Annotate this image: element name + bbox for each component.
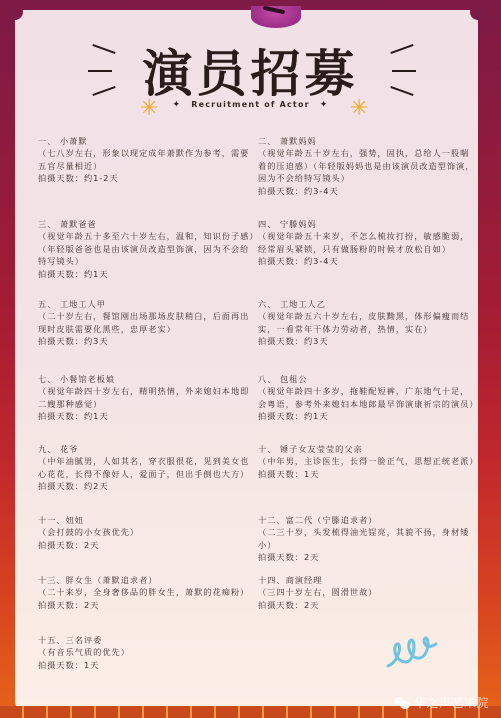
role-shoot-days: 拍摄天数：约3天	[258, 335, 478, 347]
role-shoot-days: 拍摄天数：2天	[38, 539, 258, 551]
role-description: （二十岁左右，餐馆刚出场那场皮肤稍白，后面再出现时皮肤需要化黑些，忠厚老实）	[38, 310, 258, 335]
role-description: （视觉年龄五十多至六十岁左右，温和，知识份子感）（年轻版爸爸也是由该演员改造型饰…	[38, 230, 258, 267]
role-description: （二三十岁，头发梳得油光锃亮，其貌不扬，身材矮小）	[258, 526, 478, 551]
role-description: （视觉年龄四十多岁，拖鞋配短裤，广东地气十足，会粤语，参考外来媳妇本地郎最早饰演…	[258, 385, 478, 410]
role-shoot-days: 拍摄天数：约1天	[38, 268, 258, 280]
role-name: 六、 工地工人乙	[258, 298, 478, 310]
role-item: 十、 锤子女友莹莹的父亲 （中年男，主诊医生，长得一脸正气，思想正统老派） 拍摄…	[258, 443, 478, 480]
role-item: 十二、富二代（宁滕追求者） （二三十岁，头发梳得油光锃亮，其貌不扬，身材矮小） …	[258, 514, 478, 564]
role-description: （视觉年龄五六十岁左右，皮肤黝黑，体形偏瘦而结实，一看常年干体力劳动者，热情，实…	[258, 310, 478, 335]
subtitle: Recruitment of Actor	[191, 100, 310, 109]
role-shoot-days: 拍摄天数：2天	[38, 599, 258, 611]
role-item: 五、 工地工人甲 （二十岁左右，餐馆刚出场那场皮肤稍白，后面再出现时皮肤需要化黑…	[38, 298, 258, 348]
role-name: 一、 小萧默	[38, 135, 258, 147]
role-description: （七八岁左右，形象以现定成年萧默作为参考，需要五官尽量相近）	[38, 147, 258, 172]
role-name: 三、 萧默爸爸	[38, 218, 258, 230]
role-item: 四、 宁滕妈妈 （视觉年龄五十来岁，不怎么梳妆打扮，敏感脆弱，经常眉头紧锁，只有…	[258, 218, 478, 268]
role-shoot-days: 拍摄天数：约3-4天	[258, 185, 478, 197]
role-item: 一、 小萧默 （七八岁左右，形象以现定成年萧默作为参考，需要五官尽量相近） 拍摄…	[38, 135, 258, 185]
role-name: 十五、三名评委	[38, 634, 258, 646]
role-item: 二、 萧默妈妈 （视觉年龄五十岁左右，强势，固执，总给人一股喘着的压迫感）（年轻…	[258, 135, 478, 197]
role-name: 十一、妞妞	[38, 514, 258, 526]
role-name: 十四、商演经理	[258, 574, 478, 586]
role-shoot-days: 拍摄天数：2天	[258, 599, 478, 611]
role-name: 十三、胖女生（萧默追求者）	[38, 574, 258, 586]
watermark: 华之声艺术院	[394, 694, 489, 711]
role-name: 九、 花爷	[38, 443, 258, 455]
role-shoot-days: 拍摄天数：约1天	[38, 410, 258, 422]
role-shoot-days: 拍摄天数：1天	[38, 659, 258, 671]
role-description: （会打鼓的小女孩优先）	[38, 526, 258, 538]
role-description: （视觉年龄四十岁左右，精明热情，外来媳妇本地即二嫂那种感觉）	[38, 385, 258, 410]
watermark-text: 华之声艺术院	[414, 694, 489, 711]
role-description: （中年男，主诊医生，长得一脸正气，思想正统老派）	[258, 455, 478, 467]
role-description: （三四十岁左右，圆滑世故）	[258, 586, 478, 598]
role-item: 三、 萧默爸爸 （视觉年龄五十多至六十岁左右，温和，知识份子感）（年轻版爸爸也是…	[38, 218, 258, 280]
role-name: 四、 宁滕妈妈	[258, 218, 478, 230]
role-name: 五、 工地工人甲	[38, 298, 258, 310]
role-shoot-days: 拍摄天数：约3天	[38, 335, 258, 347]
role-shoot-days: 拍摄天数：约3-4天	[258, 255, 478, 267]
role-shoot-days: 拍摄天数：约1-2天	[38, 172, 258, 184]
role-item: 七、 小餐馆老板娘 （视觉年龄四十岁左右，精明热情，外来媳妇本地即二嫂那种感觉）…	[38, 373, 258, 423]
title-block: 演员招募	[0, 34, 501, 106]
role-name: 十二、富二代（宁滕追求者）	[258, 514, 478, 526]
role-name: 十、 锤子女友莹莹的父亲	[258, 443, 478, 455]
role-item: 十三、胖女生（萧默追求者） （二十来岁，全身奢侈品的胖女生，萧默的花痴粉） 拍摄…	[38, 574, 258, 611]
role-shoot-days: 拍摄天数：1天	[258, 468, 478, 480]
role-shoot-days: 拍摄天数：约2天	[38, 480, 258, 492]
page-title: 演员招募	[143, 45, 359, 103]
role-name: 八、 包租公	[258, 373, 478, 385]
role-item: 八、 包租公 （视觉年龄四十多岁，拖鞋配短裤，广东地气十足，会粤语，参考外来媳妇…	[258, 373, 478, 423]
role-item: 九、 花爷 （中年油腻男，人如其名，穿衣服很花，见到美女也心花花，长得不像好人，…	[38, 443, 258, 493]
role-shoot-days: 拍摄天数：约1天	[258, 410, 478, 422]
role-description: （有音乐气质的优先）	[38, 646, 258, 658]
role-item: 六、 工地工人乙 （视觉年龄五六十岁左右，皮肤黝黑，体形偏瘦而结实，一看常年干体…	[258, 298, 478, 348]
wechat-icon	[394, 697, 410, 709]
role-item: 十五、三名评委 （有音乐气质的优先） 拍摄天数：1天	[38, 634, 258, 671]
role-description: （视觉年龄五十岁左右，强势，固执，总给人一股喘着的压迫感）（年轻版妈妈也是由该演…	[258, 147, 478, 184]
role-description: （视觉年龄五十来岁，不怎么梳妆打扮，敏感脆弱，经常眉头紧锁，只有做肠粉的时候才放…	[258, 230, 478, 255]
role-description: （中年油腻男，人如其名，穿衣服很花，见到美女也心花花，长得不像好人，爱面子，但出…	[38, 455, 258, 480]
role-name: 二、 萧默妈妈	[258, 135, 478, 147]
role-description: （二十来岁，全身奢侈品的胖女生，萧默的花痴粉）	[38, 586, 258, 598]
role-item: 十四、商演经理 （三四十岁左右，圆滑世故） 拍摄天数：2天	[258, 574, 478, 611]
role-item: 十一、妞妞 （会打鼓的小女孩优先） 拍摄天数：2天	[38, 514, 258, 551]
subtitle-row: ✦Recruitment of Actor✦	[0, 100, 501, 110]
role-name: 七、 小餐馆老板娘	[38, 373, 258, 385]
sparkle-icon: ✦	[172, 100, 181, 110]
squiggle-decoration-icon	[384, 632, 440, 672]
lips-icon	[251, 6, 301, 28]
role-shoot-days: 拍摄天数：2天	[258, 551, 478, 563]
sparkle-icon: ✦	[320, 100, 329, 110]
